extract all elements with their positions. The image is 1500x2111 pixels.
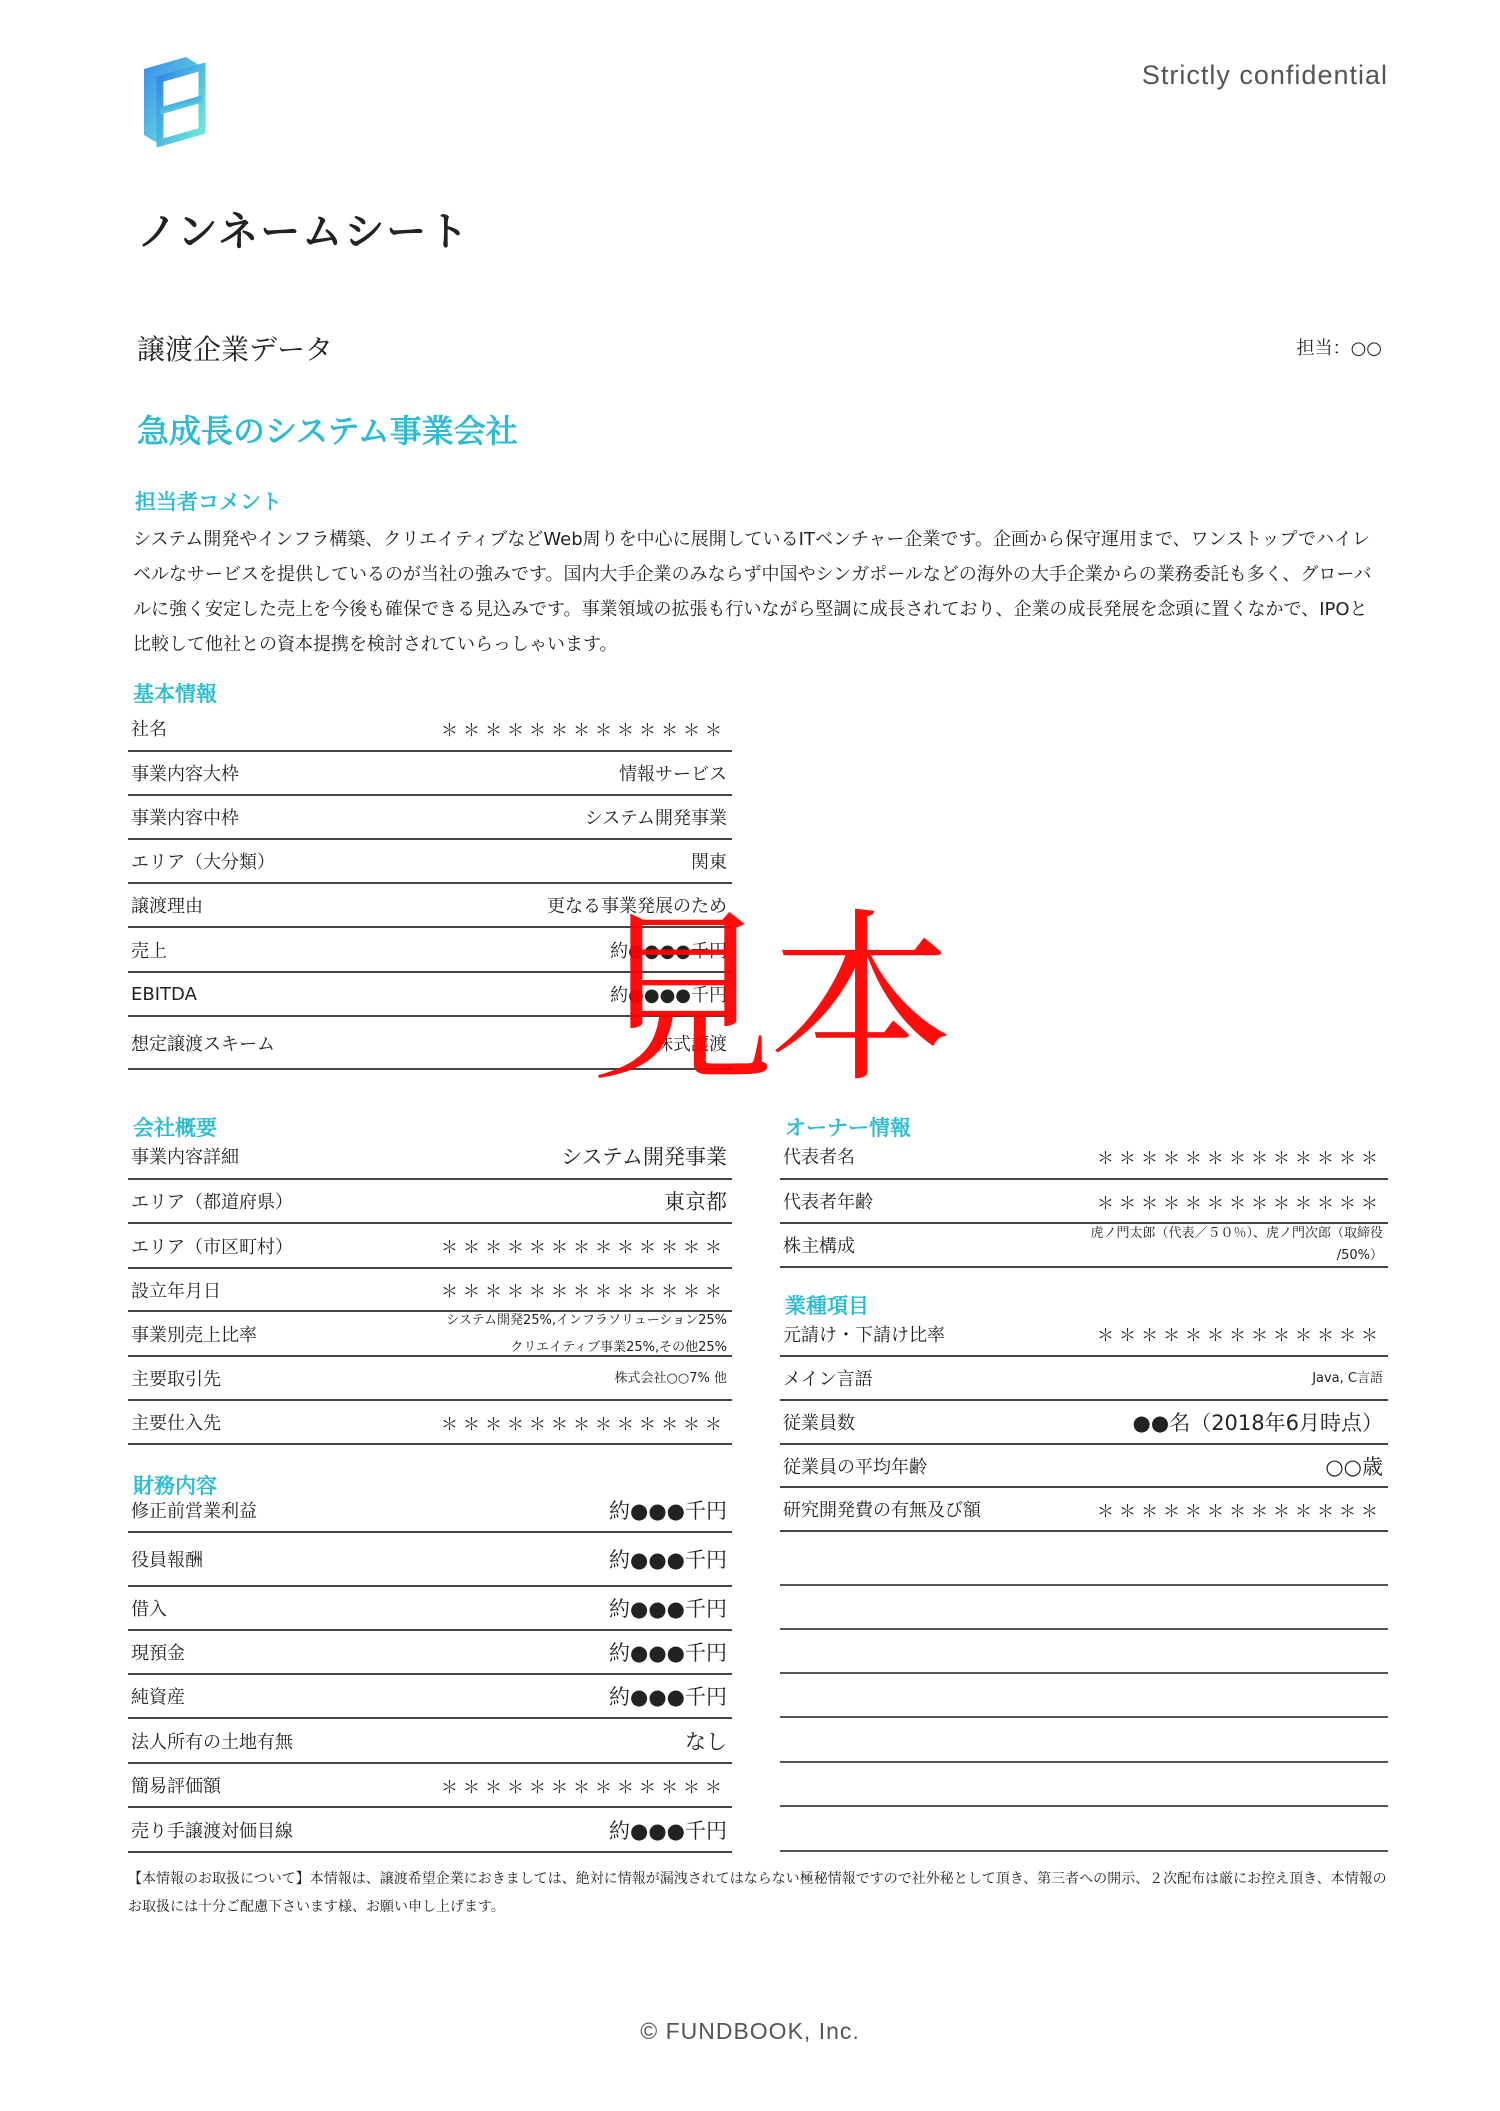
table-row: 簡易評価額＊＊＊＊＊＊＊＊＊＊＊＊＊ [128, 1764, 732, 1808]
page-title: ノンネームシート [137, 200, 470, 257]
row-value: 約●●●●千円 [610, 981, 727, 1007]
table-row: 事業別売上比率 システム開発25%,インフラソリューション25% クリエイティブ… [128, 1312, 732, 1357]
row-label: 社名 [131, 715, 167, 741]
table-row: エリア（大分類）関東 [128, 840, 732, 884]
company-overview-table: 事業内容詳細システム開発事業 エリア（都道府県）東京都 エリア（市区町村）＊＊＊… [128, 1134, 732, 1446]
table-row: 従業員の平均年齢○○歳 [780, 1445, 1388, 1488]
financials-table: 修正前営業利益約●●●千円 役員報酬約●●●千円 借入約●●●千円 現預金約●●… [128, 1488, 732, 1854]
industry-items-table: 元請け・下請け比率＊＊＊＊＊＊＊＊＊＊＊＊＊ メイン言語Java, C言語 従業… [780, 1312, 1388, 1854]
row-label: 譲渡理由 [131, 892, 203, 918]
row-label: EBITDA [131, 984, 197, 1005]
blank-row [780, 1586, 1388, 1630]
row-label: 元請け・下請け比率 [783, 1321, 945, 1347]
comment-heading: 担当者コメント [135, 486, 282, 516]
assignee-label: 担当：○○ [1297, 334, 1382, 360]
row-value-line1: 虎ノ門太郎（代表／５０％）、虎ノ門次郎（取締役 [1090, 1223, 1383, 1245]
blank-row [780, 1630, 1388, 1674]
disclaimer-text: 【本情報のお取扱について】本情報は、譲渡希望企業におきましては、絶対に情報が漏洩… [128, 1865, 1388, 1921]
row-label: 事業内容詳細 [131, 1143, 239, 1169]
table-row: メイン言語Java, C言語 [780, 1357, 1388, 1401]
row-value: システム開発事業 [585, 804, 727, 830]
row-value: 約●●●千円 [609, 1815, 727, 1845]
row-value: なし [685, 1726, 727, 1756]
row-value: 約●●●千円 [609, 1637, 727, 1667]
row-value-line2: /50%） [1090, 1245, 1383, 1267]
row-value: 関東 [691, 848, 727, 874]
table-row: 法人所有の土地有無なし [128, 1719, 732, 1764]
basic-info-table: 社名＊＊＊＊＊＊＊＊＊＊＊＊＊ 事業内容大枠情報サービス 事業内容中枠システム開… [128, 706, 732, 1084]
table-row: 売上約●●●●千円 [128, 928, 732, 973]
table-row: 修正前営業利益約●●●千円 [128, 1488, 732, 1533]
row-label: 法人所有の土地有無 [131, 1728, 293, 1754]
row-label: 現預金 [131, 1639, 185, 1665]
table-row: 譲渡理由更なる事業発展のため [128, 884, 732, 928]
row-value: 約●●●千円 [609, 1544, 727, 1574]
row-value: ○○歳 [1325, 1451, 1383, 1481]
copyright: © FUNDBOOK, Inc. [0, 2018, 1500, 2045]
row-value: ＊＊＊＊＊＊＊＊＊＊＊＊＊ [1097, 1144, 1383, 1169]
row-value: ＊＊＊＊＊＊＊＊＊＊＊＊＊ [1097, 1189, 1383, 1214]
fundbook-logo [140, 55, 208, 147]
row-value: 約●●●千円 [609, 1681, 727, 1711]
blank-row [780, 1532, 1388, 1586]
row-label: 設立年月日 [131, 1277, 221, 1303]
row-label: 主要取引先 [131, 1365, 221, 1391]
page-subtitle: 譲渡企業データ [137, 328, 333, 368]
row-value: 株式会社○○7% 他 [615, 1365, 727, 1392]
row-value: 約●●●●千円 [610, 937, 727, 963]
table-row: 現預金約●●●千円 [128, 1631, 732, 1675]
table-row: 想定譲渡スキーム株式譲渡 [128, 1017, 732, 1070]
row-label: 事業内容中枠 [131, 804, 239, 830]
row-label: エリア（大分類） [131, 848, 275, 874]
table-row: EBITDA約●●●●千円 [128, 973, 732, 1017]
row-value: ●●名（2018年6月時点） [1133, 1407, 1383, 1437]
basic-info-heading: 基本情報 [133, 678, 217, 708]
row-label: 研究開発費の有無及び額 [783, 1496, 981, 1522]
row-label: 事業内容大枠 [131, 760, 239, 786]
table-row: 研究開発費の有無及び額＊＊＊＊＊＊＊＊＊＊＊＊＊ [780, 1488, 1388, 1532]
row-label: 従業員数 [783, 1409, 855, 1435]
row-label: 従業員の平均年齢 [783, 1453, 927, 1479]
row-label: 事業別売上比率 [131, 1321, 257, 1347]
row-value: 情報サービス [619, 760, 727, 786]
row-label: 主要仕入先 [131, 1409, 221, 1435]
table-row: 役員報酬約●●●千円 [128, 1533, 732, 1587]
row-label: 代表者年齢 [783, 1188, 873, 1214]
row-value: ＊＊＊＊＊＊＊＊＊＊＊＊＊ [1097, 1321, 1383, 1346]
row-label: 想定譲渡スキーム [131, 1030, 275, 1056]
row-label: 代表者名 [783, 1143, 855, 1169]
row-value: ＊＊＊＊＊＊＊＊＊＊＊＊＊ [441, 1773, 727, 1798]
row-value: 東京都 [664, 1186, 727, 1216]
table-row: 主要仕入先＊＊＊＊＊＊＊＊＊＊＊＊＊ [128, 1401, 732, 1445]
row-value-multiline: 虎ノ門太郎（代表／５０％）、虎ノ門次郎（取締役 /50%） [1090, 1223, 1383, 1267]
blank-row [780, 1674, 1388, 1718]
table-row: 事業内容詳細システム開発事業 [128, 1134, 732, 1180]
row-label: エリア（市区町村） [131, 1233, 293, 1259]
row-value: ＊＊＊＊＊＊＊＊＊＊＊＊＊ [441, 1233, 727, 1258]
table-row: 借入約●●●千円 [128, 1587, 732, 1631]
row-value: ＊＊＊＊＊＊＊＊＊＊＊＊＊ [441, 1277, 727, 1302]
table-row: 社名＊＊＊＊＊＊＊＊＊＊＊＊＊ [128, 706, 732, 752]
table-row: 代表者年齢＊＊＊＊＊＊＊＊＊＊＊＊＊ [780, 1180, 1388, 1224]
owner-info-table: 代表者名＊＊＊＊＊＊＊＊＊＊＊＊＊ 代表者年齢＊＊＊＊＊＊＊＊＊＊＊＊＊ 株主構… [780, 1134, 1388, 1268]
table-row: 売り手譲渡対価目線約●●●千円 [128, 1808, 732, 1853]
row-value: ＊＊＊＊＊＊＊＊＊＊＊＊＊ [1097, 1497, 1383, 1522]
row-label: エリア（都道府県） [131, 1188, 293, 1214]
table-row: 代表者名＊＊＊＊＊＊＊＊＊＊＊＊＊ [780, 1134, 1388, 1180]
row-value: 約●●●千円 [609, 1495, 727, 1525]
row-label: 売上 [131, 937, 167, 963]
table-row: エリア（市区町村）＊＊＊＊＊＊＊＊＊＊＊＊＊ [128, 1224, 732, 1269]
row-label: 売り手譲渡対価目線 [131, 1817, 293, 1843]
row-value-multiline: システム開発25%,インフラソリューション25% クリエイティブ事業25%,その… [446, 1307, 727, 1361]
confidential-label: Strictly confidential [1142, 60, 1388, 91]
logo-icon [140, 55, 208, 147]
row-label: 修正前営業利益 [131, 1497, 257, 1523]
table-row: 株主構成 虎ノ門太郎（代表／５０％）、虎ノ門次郎（取締役 /50%） [780, 1224, 1388, 1268]
row-label: 借入 [131, 1595, 167, 1621]
table-row: 事業内容中枠システム開発事業 [128, 796, 732, 840]
blank-row [780, 1718, 1388, 1763]
row-label: 株主構成 [783, 1232, 855, 1258]
row-value: ＊＊＊＊＊＊＊＊＊＊＊＊＊ [441, 1410, 727, 1435]
company-headline: 急成長のシステム事業会社 [137, 406, 518, 452]
table-row: 元請け・下請け比率＊＊＊＊＊＊＊＊＊＊＊＊＊ [780, 1312, 1388, 1357]
table-row: 純資産約●●●千円 [128, 1675, 732, 1719]
row-value: ＊＊＊＊＊＊＊＊＊＊＊＊＊ [441, 716, 727, 741]
row-value: 株式譲渡 [655, 1030, 727, 1056]
blank-row [780, 1807, 1388, 1852]
row-value: Java, C言語 [1312, 1365, 1383, 1392]
row-value: システム開発事業 [561, 1141, 727, 1171]
row-label: メイン言語 [783, 1365, 873, 1391]
table-row: 従業員数●●名（2018年6月時点） [780, 1401, 1388, 1445]
row-label: 簡易評価額 [131, 1772, 221, 1798]
row-label: 役員報酬 [131, 1546, 203, 1572]
row-value: 約●●●千円 [609, 1593, 727, 1623]
row-label: 純資産 [131, 1683, 185, 1709]
table-row: エリア（都道府県）東京都 [128, 1180, 732, 1224]
table-row: 主要取引先株式会社○○7% 他 [128, 1357, 732, 1401]
table-row: 事業内容大枠情報サービス [128, 752, 732, 796]
comment-text: システム開発やインフラ構築、クリエイティブなどWeb周りを中心に展開しているIT… [133, 522, 1373, 662]
row-value-line1: システム開発25%,インフラソリューション25% [446, 1307, 727, 1334]
row-value: 更なる事業発展のため [547, 892, 727, 918]
blank-row [780, 1763, 1388, 1807]
